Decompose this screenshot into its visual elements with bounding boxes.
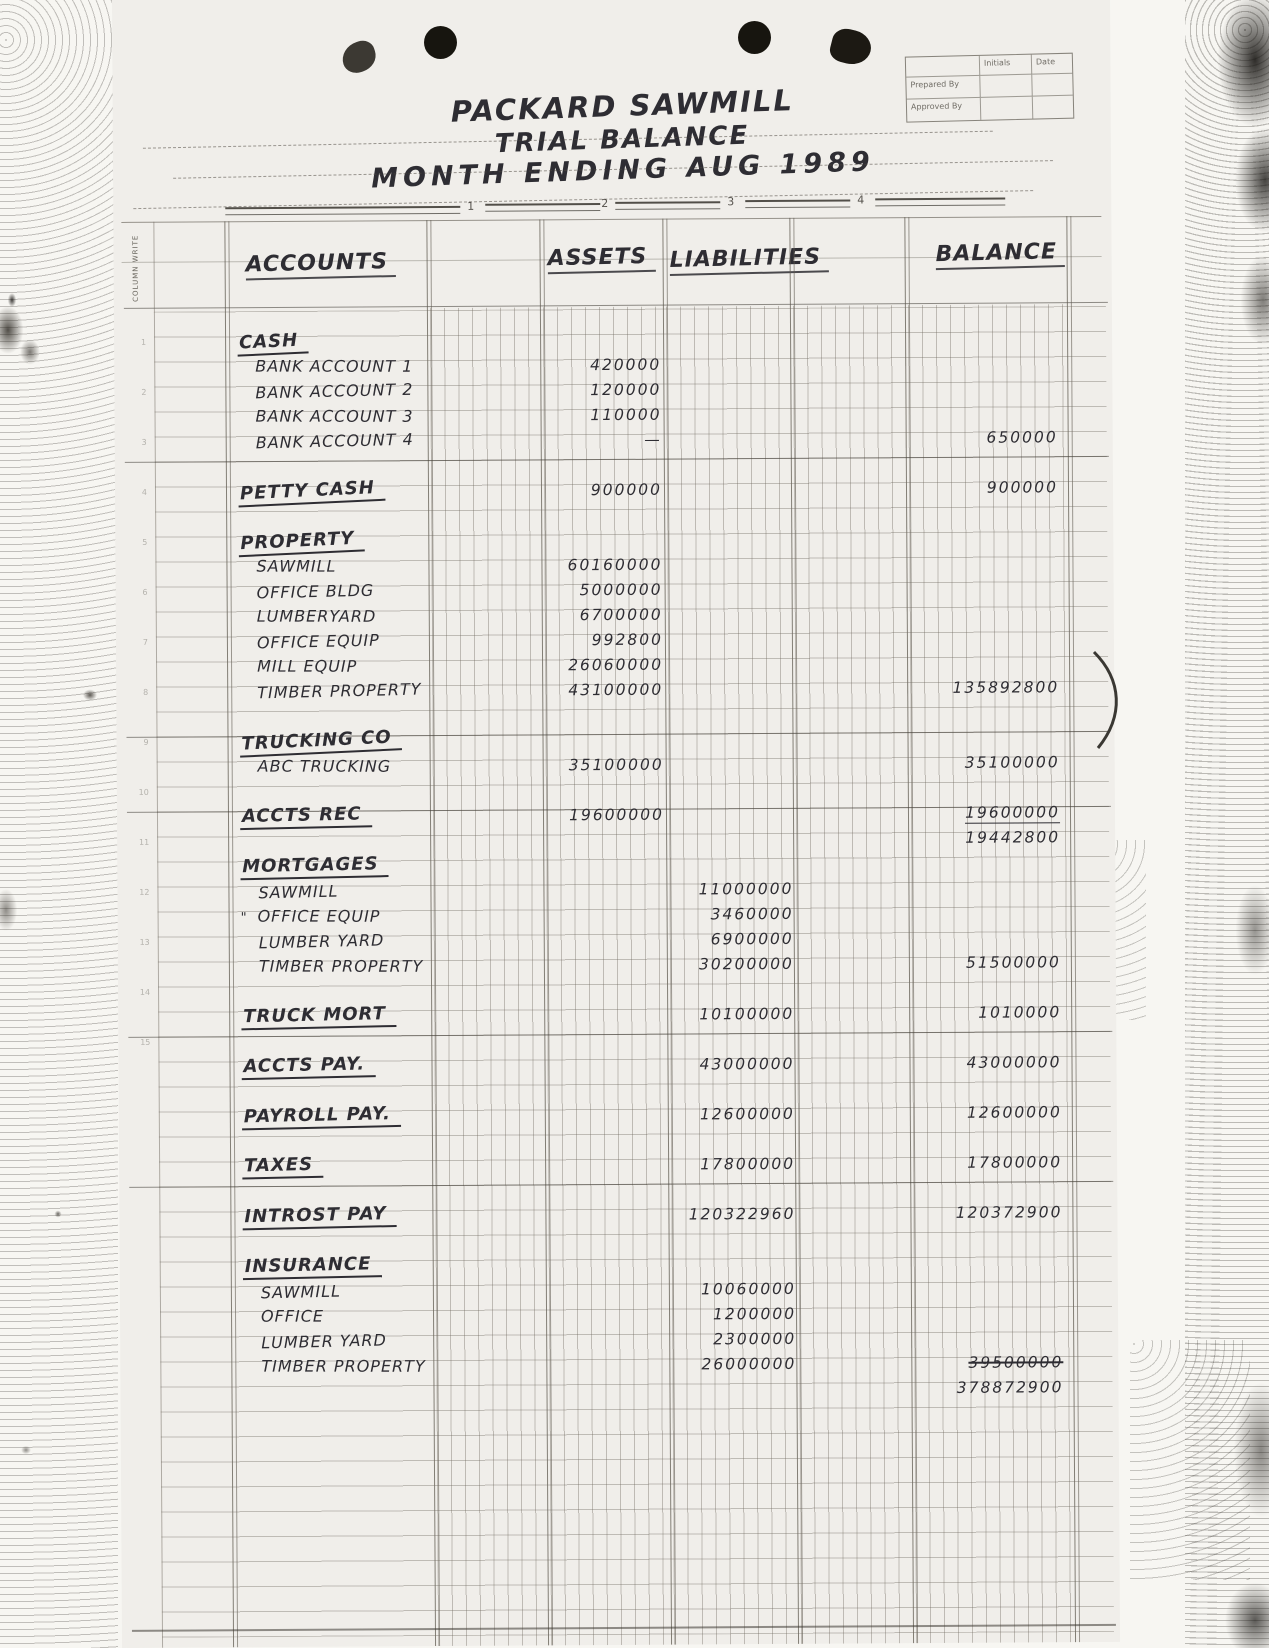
empty-cell xyxy=(796,1013,911,1014)
empty-cell xyxy=(435,1365,548,1366)
account-label: TIMBER PROPERTY xyxy=(259,957,423,976)
balance-cell-value: 378872900 xyxy=(957,1378,1064,1397)
liabilities-cell-value: 1200000 xyxy=(713,1304,796,1323)
account-label: LUMBERYARD xyxy=(257,607,377,626)
empty-cell xyxy=(798,1288,913,1289)
column-rule xyxy=(745,199,850,208)
account-label-cell: TRUCKING CO xyxy=(229,727,432,756)
balance-cell xyxy=(909,612,1071,613)
empty-cell xyxy=(792,363,907,364)
assets-cell xyxy=(546,1014,669,1015)
account-label: TAXES xyxy=(242,1153,323,1179)
stamp-cell xyxy=(1033,96,1074,119)
column-rule xyxy=(615,201,720,210)
balance-cell xyxy=(909,662,1071,663)
assets-cell xyxy=(546,939,669,940)
account-label: BANK ACCOUNT 2 xyxy=(255,380,413,403)
empty-cell xyxy=(795,763,910,764)
empty-cell xyxy=(431,615,544,616)
column-marker-1: 1 xyxy=(467,200,474,213)
empty-cell xyxy=(795,738,910,739)
scanned-ledger-page: { "document": { "title_line1": "PACKARD … xyxy=(0,0,1269,1648)
row-gauge-number: 9 xyxy=(132,718,148,768)
row-gauge-number: 14 xyxy=(134,968,150,1018)
balance-header: BALANCE xyxy=(935,240,1065,269)
account-label: SAWMILL xyxy=(256,557,336,576)
liabilities-cell-value: 6900000 xyxy=(711,929,794,948)
liabilities-cell: 17800000 xyxy=(670,1154,797,1173)
liabilities-cell xyxy=(668,863,795,864)
assets-cell: 43100000 xyxy=(544,680,667,699)
liabilities-cell xyxy=(665,388,792,389)
balance-cell xyxy=(909,587,1071,588)
row-gauge-number: 6 xyxy=(131,568,147,618)
liabilities-cell: 6900000 xyxy=(669,929,796,948)
empty-cell xyxy=(430,415,543,416)
empty-cell xyxy=(433,1015,546,1016)
empty-cell xyxy=(430,490,543,491)
empty-cell xyxy=(432,890,545,891)
liabilities-cell xyxy=(666,488,793,489)
balance-cell xyxy=(909,637,1071,638)
empty-cell xyxy=(432,815,545,816)
account-label-cell: BANK ACCOUNT 3 xyxy=(228,407,430,426)
account-label-cell: LUMBERYARD xyxy=(229,607,431,626)
account-label-cell: INTROST PAY xyxy=(232,1204,434,1228)
assets-cell-value: 120000 xyxy=(590,380,661,398)
empty-cell xyxy=(794,613,909,614)
balance-cell xyxy=(911,912,1073,913)
balance-cell: 135892800 xyxy=(909,678,1071,697)
empty-cell xyxy=(794,688,909,689)
balance-cell xyxy=(908,412,1070,413)
empty-cell xyxy=(793,563,908,564)
account-label-cell: LUMBER YARD xyxy=(233,1329,435,1353)
liabilities-cell xyxy=(667,663,794,664)
account-label-cell: LUMBER YARD xyxy=(231,929,433,953)
stamp-box: Initials Date Prepared By Approved By xyxy=(905,53,1075,123)
column-rule xyxy=(875,198,1005,207)
assets-cell: — xyxy=(543,430,666,449)
assets-cell-value: 26060000 xyxy=(568,655,663,674)
account-label-cell: ACCTS REC xyxy=(230,804,432,828)
balance-cell xyxy=(907,387,1069,388)
balance-cell xyxy=(911,937,1073,938)
account-label-cell: TRUCK MORT xyxy=(231,1004,433,1028)
liabilities-cell-value: 10100000 xyxy=(699,1004,794,1023)
balance-cell: 43000000 xyxy=(911,1053,1073,1072)
empty-cell xyxy=(795,888,910,889)
liabilities-cell xyxy=(667,588,794,589)
assets-cell: 120000 xyxy=(542,380,665,399)
stamp-cell xyxy=(1032,74,1073,97)
account-label-cell: INSURANCE xyxy=(233,1254,435,1278)
liabilities-cell xyxy=(665,338,792,339)
account-label-cell: BANK ACCOUNT 1 xyxy=(227,357,429,376)
empty-cell xyxy=(432,840,545,841)
stamp-cell xyxy=(980,75,1033,98)
assets-cell xyxy=(548,1339,671,1340)
balance-cell-value: 43000000 xyxy=(967,1053,1062,1072)
empty-cell xyxy=(435,1265,548,1266)
assets-cell xyxy=(545,889,668,890)
liabilities-cell xyxy=(667,638,794,639)
liabilities-cell: 10100000 xyxy=(669,1004,796,1023)
assets-cell xyxy=(547,1114,670,1115)
assets-cell-value: 60160000 xyxy=(567,555,662,574)
column-marker-3: 3 xyxy=(727,195,734,208)
assets-cell: 5000000 xyxy=(544,580,667,599)
account-label-cell: SAWMILL xyxy=(228,557,430,576)
balance-cell: 12600000 xyxy=(912,1103,1074,1122)
account-label-cell: OFFICE BLDG xyxy=(228,579,430,603)
assets-cell: 992800 xyxy=(544,630,667,649)
balance-cell-value: 12600000 xyxy=(967,1103,1062,1122)
assets-cell: 110000 xyxy=(542,405,665,424)
liabilities-cell: 3460000 xyxy=(669,904,796,923)
liabilities-cell: 11000000 xyxy=(668,879,795,898)
row-gauge: 123456789101112131415 xyxy=(130,318,151,1068)
account-label: BANK ACCOUNT 1 xyxy=(255,357,413,376)
liabilities-cell xyxy=(671,1388,798,1389)
account-label: SAWMILL xyxy=(261,1282,341,1303)
liabilities-cell xyxy=(666,413,793,414)
empty-cell xyxy=(429,340,542,341)
account-label-cell: ABC TRUCKING xyxy=(230,757,432,776)
empty-cell xyxy=(796,913,911,914)
assets-cell: 35100000 xyxy=(545,755,668,774)
account-label-cell: CASH xyxy=(227,327,430,356)
liabilities-cell xyxy=(666,538,793,539)
empty-cell xyxy=(431,590,544,591)
assets-cell: 6700000 xyxy=(544,605,667,624)
empty-cell xyxy=(795,838,910,839)
assets-cell-value: 35100000 xyxy=(569,755,664,774)
account-label: PAYROLL PAY. xyxy=(242,1102,402,1129)
empty-cell xyxy=(435,1340,548,1341)
assets-cell xyxy=(547,1064,670,1065)
account-label-cell: SAWMILL xyxy=(233,1279,435,1303)
account-label-cell: BANK ACCOUNT 2 xyxy=(227,379,429,403)
liabilities-cell-value: 12600000 xyxy=(700,1104,795,1123)
balance-cell: 378872900 xyxy=(913,1378,1075,1397)
assets-cell-value: 6700000 xyxy=(580,605,663,624)
empty-cell xyxy=(434,1215,547,1216)
empty-cell xyxy=(793,438,908,439)
liabilities-cell: 26000000 xyxy=(671,1354,798,1373)
column-marker-4: 4 xyxy=(857,193,864,206)
liabilities-cell: 10060000 xyxy=(671,1279,798,1298)
liabilities-cell xyxy=(668,813,795,814)
balance-cell xyxy=(910,737,1072,738)
empty-cell xyxy=(792,338,907,339)
account-label: SAWMILL xyxy=(258,882,338,903)
liabilities-cell: 2300000 xyxy=(671,1329,798,1348)
balance-cell: 900000 xyxy=(908,478,1070,497)
empty-cell xyxy=(434,1165,547,1166)
account-label: MILL EQUIP xyxy=(257,657,357,676)
account-label: ACCTS PAY. xyxy=(241,1053,375,1080)
empty-cell xyxy=(794,588,909,589)
empty-cell xyxy=(793,413,908,414)
liabilities-cell xyxy=(665,363,792,364)
account-label: BANK ACCOUNT 3 xyxy=(256,407,414,426)
liabilities-cell xyxy=(668,738,795,739)
stamp-initials-header: Initials xyxy=(980,55,1032,76)
empty-cell xyxy=(430,440,543,441)
assets-cell: 26060000 xyxy=(544,655,667,674)
account-label: TRUCKING CO xyxy=(239,726,402,757)
liabilities-cell xyxy=(668,838,795,839)
empty-cell xyxy=(798,1388,913,1389)
balance-cell-value: 51500000 xyxy=(966,953,1061,972)
account-label: OFFICE BLDG xyxy=(256,581,374,603)
balance-cell-value: 135892800 xyxy=(952,678,1059,697)
empty-cell xyxy=(798,1313,913,1314)
punch-hole xyxy=(738,21,771,54)
assets-cell-value: 110000 xyxy=(590,405,661,423)
empty-cell xyxy=(797,1163,912,1164)
liabilities-cell xyxy=(668,763,795,764)
balance-cell: 17800000 xyxy=(912,1153,1074,1172)
empty-cell xyxy=(434,1065,547,1066)
assets-cell: 60160000 xyxy=(543,555,666,574)
assets-cell xyxy=(545,839,668,840)
account-label-cell: OFFICE EQUIP xyxy=(229,629,431,653)
balance-cell: 120372900 xyxy=(912,1203,1074,1222)
balance-cell xyxy=(913,1287,1075,1288)
empty-cell xyxy=(435,1315,548,1316)
liabilities-cell: 12600000 xyxy=(670,1104,797,1123)
column-marker-2: 2 xyxy=(601,197,608,210)
row-gauge-number: 5 xyxy=(131,518,147,568)
empty-cell xyxy=(792,388,907,389)
assets-cell xyxy=(548,1364,671,1365)
liabilities-cell xyxy=(671,1263,798,1264)
account-label: TRUCK MORT xyxy=(241,1002,396,1029)
assets-cell-value: 900000 xyxy=(591,480,662,498)
assets-cell-value: 19600000 xyxy=(569,805,664,824)
empty-cell xyxy=(793,538,908,539)
row-gauge-number: 3 xyxy=(131,418,147,468)
empty-cell xyxy=(795,863,910,864)
header-band-top xyxy=(121,216,1101,223)
account-label: CASH xyxy=(237,329,309,356)
empty-cell xyxy=(433,940,546,941)
balance-cell xyxy=(908,562,1070,563)
account-label-cell: BANK ACCOUNT 4 xyxy=(228,429,430,453)
empty-cell xyxy=(794,638,909,639)
empty-cell xyxy=(798,1363,913,1364)
assets-cell xyxy=(542,339,665,340)
empty-cell xyxy=(429,365,542,366)
liabilities-cell-value: 10060000 xyxy=(701,1279,796,1298)
account-label: PROPERTY xyxy=(238,527,365,557)
assets-cell-value: 420000 xyxy=(590,355,661,373)
account-label-cell: OFFICE xyxy=(233,1307,435,1326)
empty-cell xyxy=(431,665,544,666)
row-gauge-number: 11 xyxy=(133,818,149,868)
empty-cell xyxy=(436,1390,549,1391)
balance-cell-value: 120372900 xyxy=(956,1203,1063,1222)
assets-cell: 900000 xyxy=(543,480,666,499)
empty-cell xyxy=(798,1263,913,1264)
balance-cell-value: 19600000 xyxy=(965,803,1060,824)
accounts-header: ACCOUNTS xyxy=(246,250,397,279)
account-label: INSURANCE xyxy=(242,1253,381,1280)
assets-cell: 19600000 xyxy=(545,805,668,824)
assets-header: ASSETS xyxy=(548,245,656,274)
balance-cell-value: 39500000 xyxy=(968,1353,1063,1372)
balance-cell xyxy=(907,337,1069,338)
account-label-cell: TAXES xyxy=(232,1154,434,1178)
liabilities-cell xyxy=(666,438,793,439)
empty-cell xyxy=(431,640,544,641)
row-gauge-number: 4 xyxy=(131,468,147,518)
balance-cell: 650000 xyxy=(908,428,1070,447)
empty-cell xyxy=(797,1213,912,1214)
assets-cell xyxy=(543,539,666,540)
assets-cell xyxy=(545,864,668,865)
account-label-cell: PETTY CASH xyxy=(228,477,431,506)
row-gauge-number: 7 xyxy=(132,618,148,668)
liabilities-cell-value: 30200000 xyxy=(699,954,794,973)
account-label: BANK ACCOUNT 4 xyxy=(255,430,413,453)
balance-cell xyxy=(913,1262,1075,1263)
assets-cell xyxy=(548,1289,671,1290)
punch-hole xyxy=(424,26,457,59)
liabilities-cell-value: 120322960 xyxy=(689,1204,796,1223)
ledger-sheet: PACKARD SAWMILL TRIAL BALANCE MONTH ENDI… xyxy=(112,0,1120,1648)
stray-pen-curve xyxy=(1088,650,1128,750)
liabilities-cell-value: 17800000 xyxy=(700,1154,795,1173)
balance-cell-value: 19442800 xyxy=(965,828,1060,847)
balance-cell-value: 650000 xyxy=(986,428,1057,446)
assets-cell xyxy=(546,964,669,965)
assets-cell xyxy=(547,1164,670,1165)
liabilities-cell: 1200000 xyxy=(671,1304,798,1323)
row-gauge-number: 8 xyxy=(132,668,148,718)
account-label-cell xyxy=(234,1389,436,1394)
account-label: INTROST PAY xyxy=(242,1202,397,1229)
empty-cell xyxy=(796,938,911,939)
liabilities-cell-value: 11000000 xyxy=(698,879,793,898)
balance-cell xyxy=(907,362,1069,363)
account-label: TIMBER PROPERTY xyxy=(261,1357,425,1376)
account-label-cell: SAWMILL xyxy=(230,879,432,903)
empty-cell xyxy=(797,1113,912,1114)
stamp-empty-cell xyxy=(906,56,980,78)
assets-cell xyxy=(547,1214,670,1215)
account-label-cell: TIMBER PROPERTY xyxy=(231,957,433,976)
empty-cell xyxy=(793,488,908,489)
empty-cell xyxy=(797,1063,912,1064)
liabilities-cell-value: 26000000 xyxy=(701,1354,796,1373)
empty-cell xyxy=(432,740,545,741)
account-label-cell: "OFFICE EQUIP xyxy=(231,907,433,926)
assets-cell-value: 43100000 xyxy=(568,680,663,699)
assets-cell-value: 992800 xyxy=(592,630,663,648)
balance-cell: 51500000 xyxy=(911,953,1073,972)
row-gauge-number: 15 xyxy=(134,1018,150,1068)
balance-cell: 1010000 xyxy=(911,1003,1073,1022)
account-label: LUMBER YARD xyxy=(259,930,385,952)
balance-cell xyxy=(913,1312,1075,1313)
balance-cell: 19442800 xyxy=(910,828,1072,847)
scan-noise-right-edge xyxy=(1185,0,1269,1648)
liabilities-cell: 30200000 xyxy=(669,954,796,973)
assets-cell xyxy=(548,1389,671,1390)
liabilities-cell: 43000000 xyxy=(669,1054,796,1073)
scan-speckle-band xyxy=(1130,1340,1250,1580)
assets-cell: 420000 xyxy=(542,355,665,374)
account-label: TIMBER PROPERTY xyxy=(257,680,422,703)
liabilities-cell-value: 2300000 xyxy=(713,1329,796,1348)
balance-cell: 35100000 xyxy=(910,753,1072,772)
account-label-cell: TIMBER PROPERTY xyxy=(233,1357,435,1376)
scan-noise-left-edge xyxy=(0,0,118,1648)
empty-cell xyxy=(433,965,546,966)
assets-cell xyxy=(548,1264,671,1265)
balance-cell: 39500000 xyxy=(913,1353,1075,1372)
account-label: ABC TRUCKING xyxy=(258,757,392,776)
account-label: MORTGAGES xyxy=(240,853,389,880)
balance-cell xyxy=(910,887,1072,888)
account-label-cell: PROPERTY xyxy=(228,527,431,556)
account-label-cell: MORTGAGES xyxy=(230,854,432,878)
account-label-cell: PAYROLL PAY. xyxy=(232,1104,434,1128)
ditto-mark: " xyxy=(241,911,258,926)
row-gauge-number: 2 xyxy=(130,368,146,418)
empty-cell xyxy=(434,1115,547,1116)
empty-cell xyxy=(794,663,909,664)
account-label-cell: TIMBER PROPERTY xyxy=(229,679,431,703)
assets-cell-value: 5000000 xyxy=(580,580,663,599)
account-label: ACCTS REC xyxy=(240,803,372,830)
assets-cell xyxy=(546,914,669,915)
empty-cell xyxy=(432,765,545,766)
balance-cell-value: 900000 xyxy=(987,478,1058,496)
row-gauge-number: 13 xyxy=(134,918,150,968)
assets-cell-value: — xyxy=(644,430,662,448)
account-label: OFFICE xyxy=(261,1307,324,1326)
empty-cell xyxy=(432,865,545,866)
liabilities-cell-value: 3460000 xyxy=(711,904,794,923)
balance-cell xyxy=(908,537,1070,538)
balance-cell xyxy=(913,1337,1075,1338)
account-label: OFFICE EQUIP xyxy=(257,631,380,653)
empty-cell xyxy=(430,565,543,566)
balance-cell xyxy=(910,862,1072,863)
stamp-cell xyxy=(981,97,1034,120)
row-gauge-number: 1 xyxy=(130,318,146,368)
liabilities-cell-value: 43000000 xyxy=(700,1054,795,1073)
stamp-prepared-label: Prepared By xyxy=(906,76,980,100)
row-gauge-number: 12 xyxy=(133,868,149,918)
empty-cell xyxy=(798,1338,913,1339)
empty-cell xyxy=(433,915,546,916)
assets-cell xyxy=(548,1314,671,1315)
assets-cell xyxy=(545,739,668,740)
column-rule xyxy=(225,206,460,215)
account-label-cell xyxy=(230,839,432,844)
account-label: OFFICE EQUIP xyxy=(258,907,381,926)
empty-cell xyxy=(795,813,910,814)
liabilities-cell: 120322960 xyxy=(670,1204,797,1223)
empty-cell xyxy=(431,690,544,691)
stamp-date-header: Date xyxy=(1032,54,1072,75)
account-label: LUMBER YARD xyxy=(261,1330,387,1352)
